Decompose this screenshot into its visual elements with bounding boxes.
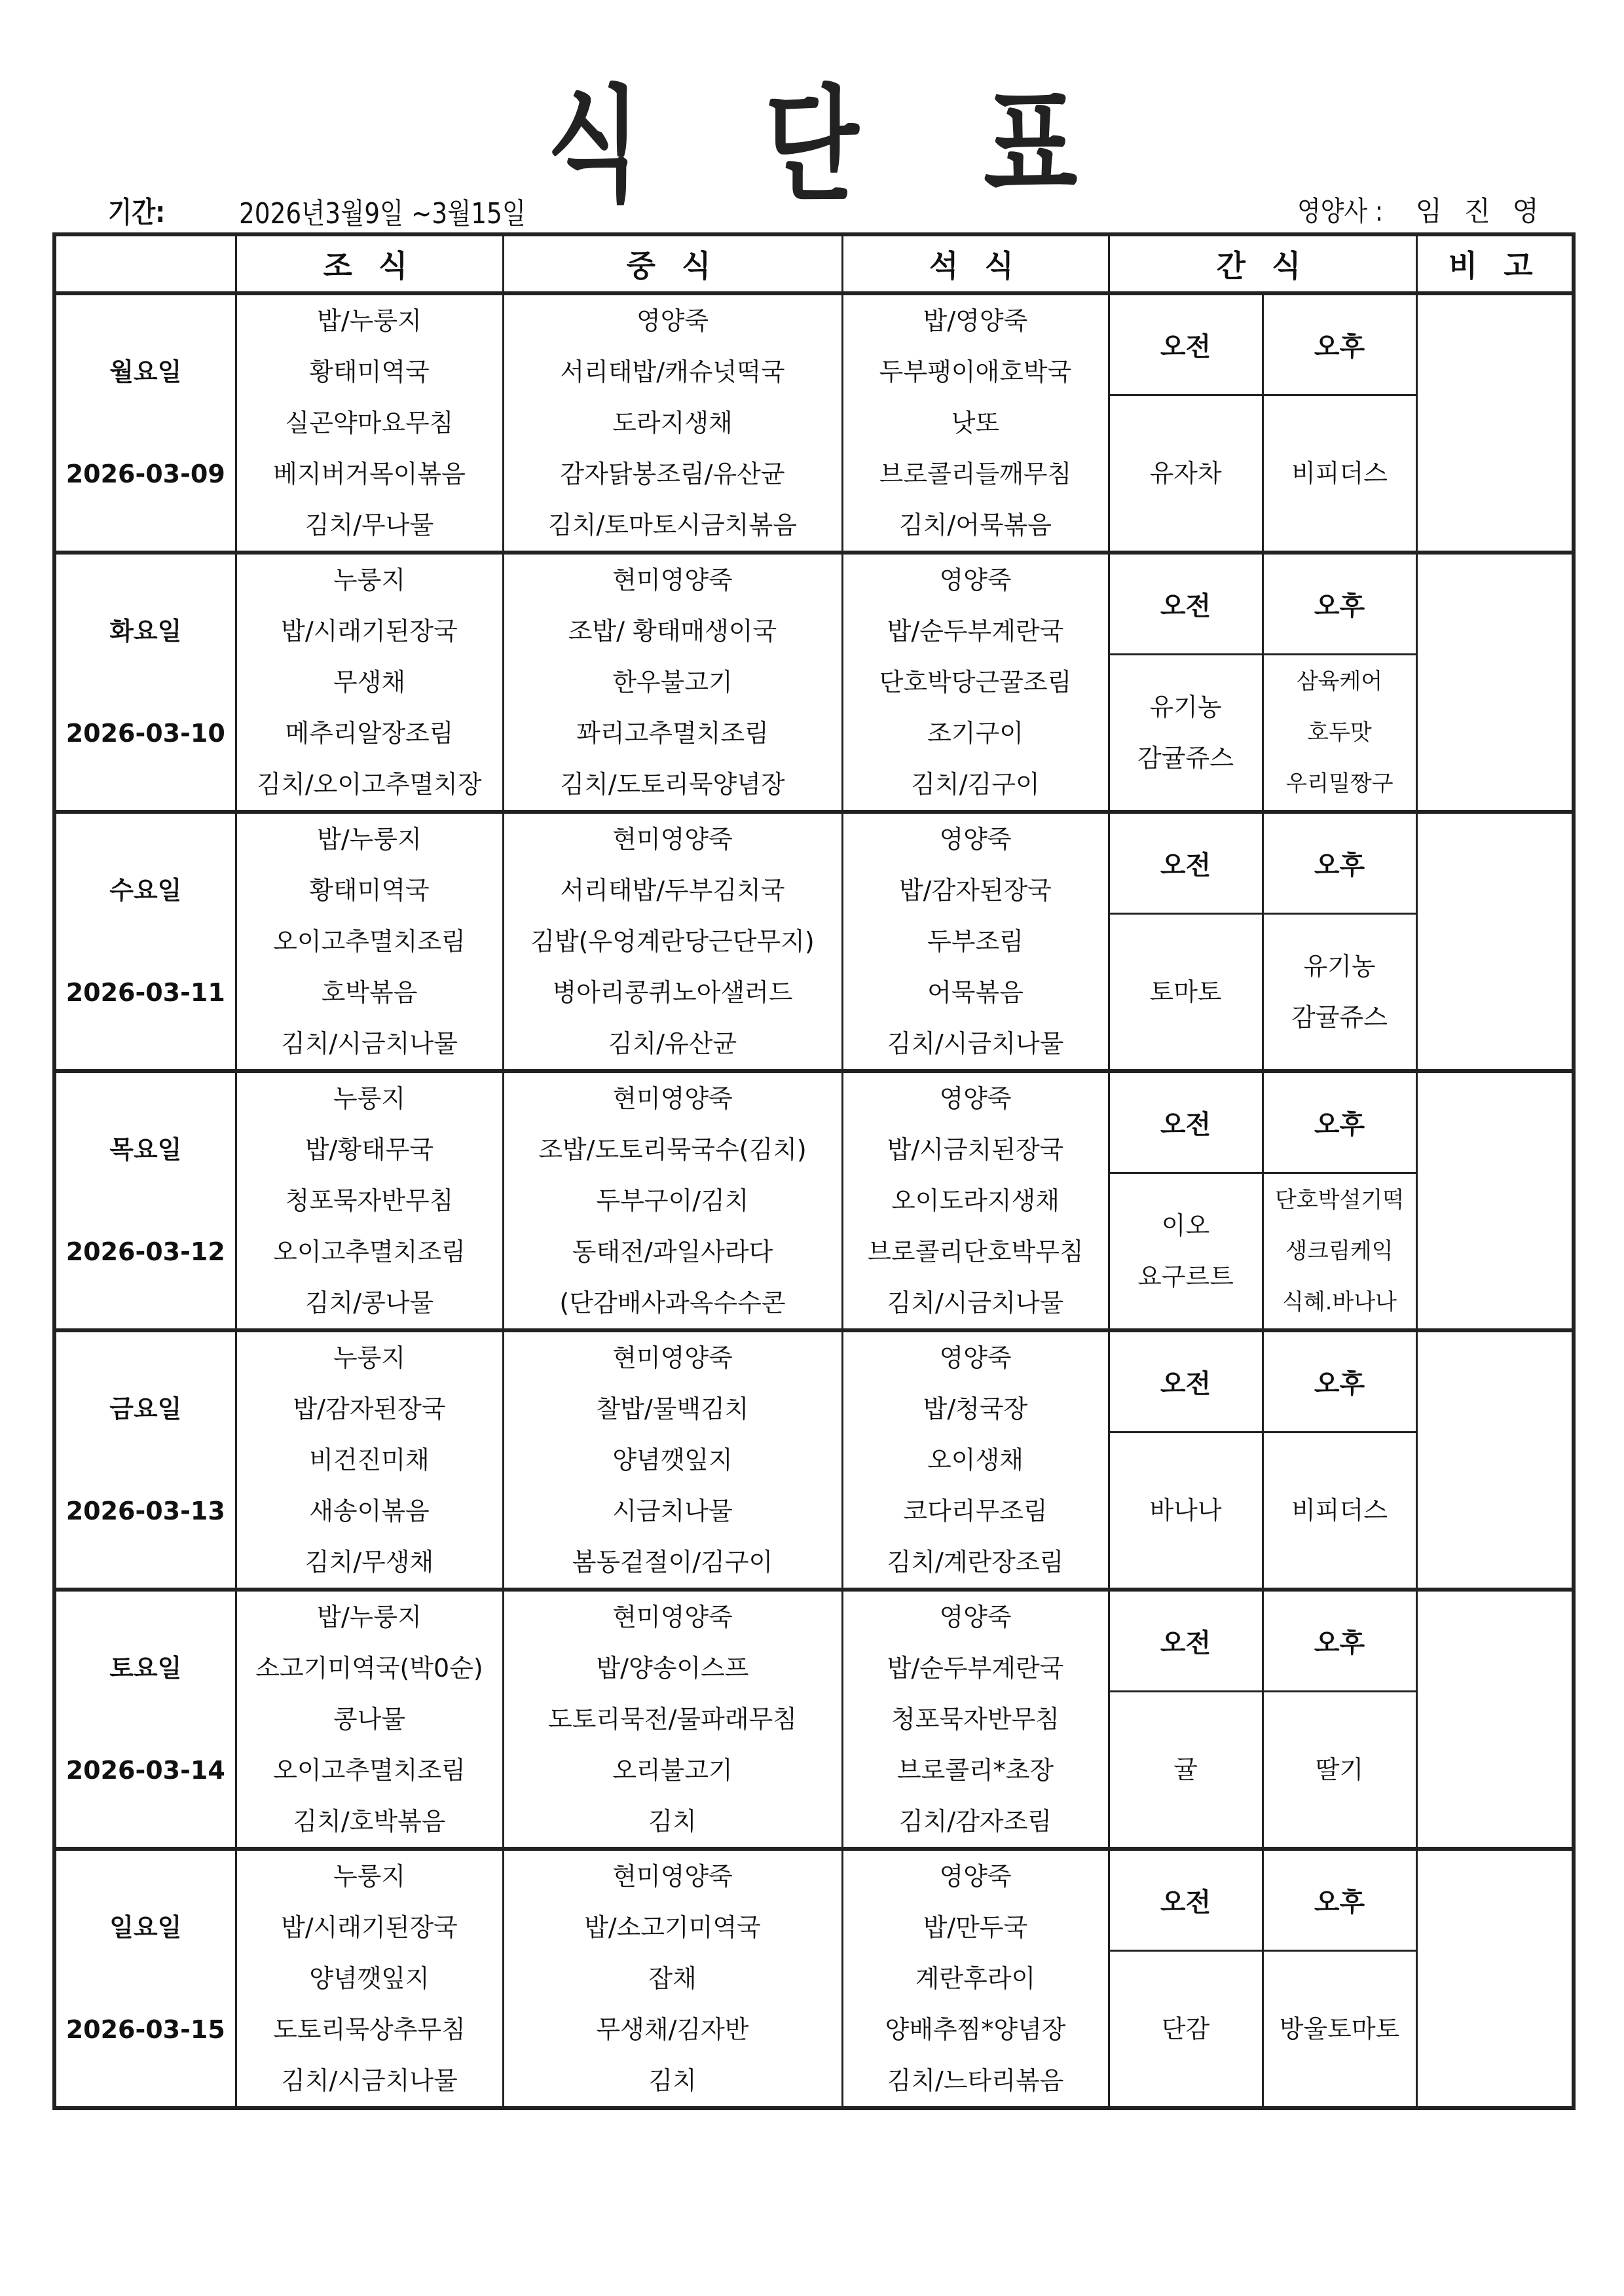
snack-am-cell: 이오요구르트 <box>1109 1173 1263 1330</box>
menu-item: 호두맛 <box>1264 707 1416 758</box>
snack-pm-cell: 단호박설기떡생크림케익식혜.바나나 <box>1263 1173 1416 1330</box>
menu-item: 계란후라이 <box>843 1953 1108 2004</box>
lunch-cell: 현미영양죽밥/양송이스프도토리묵전/물파래무침오리불고기김치 <box>503 1590 842 1849</box>
menu-item: 김치/감자조림 <box>843 1796 1108 1847</box>
menu-item: 봄동겉절이/김구이 <box>504 1537 841 1588</box>
menu-item: (단감배사과옥수수콘 <box>504 1277 841 1328</box>
period-value: 2026년3월9일 ~3월15일 <box>239 190 526 232</box>
menu-item: 청포묵자반무침 <box>237 1175 502 1226</box>
menu-item: 밥/소고기미역국 <box>504 1902 841 1953</box>
header-day <box>54 234 236 293</box>
snack-am-header: 오전 <box>1109 293 1263 395</box>
menu-item: 누룽지 <box>237 1332 502 1383</box>
menu-item: 단호박당근꿀조림 <box>843 657 1108 708</box>
menu-item: 밥/누룽지 <box>237 814 502 865</box>
title-char: 식 <box>547 46 640 225</box>
snack-am-header: 오전 <box>1109 1071 1263 1173</box>
snack-am-cell: 단감 <box>1109 1951 1263 2108</box>
menu-item: 콩나물 <box>237 1694 502 1745</box>
menu-item: 밥/황태무국 <box>237 1124 502 1175</box>
menu-item: 바나나 <box>1110 1485 1262 1536</box>
snack-am-cell: 유자차 <box>1109 395 1263 553</box>
menu-item: 김치/무나물 <box>237 500 502 551</box>
snack-am-cell: 귤 <box>1109 1692 1263 1849</box>
menu-item: 도토리묵상추무침 <box>237 2004 502 2055</box>
menu-item: 김치 <box>504 2055 841 2106</box>
menu-item: 오이고추멸치조림 <box>237 916 502 967</box>
menu-item: 딸기 <box>1264 1744 1416 1795</box>
menu-item: 밥/청국장 <box>843 1383 1108 1434</box>
header-breakfast: 조 식 <box>236 234 503 293</box>
dinner-cell: 영양죽밥/만두국계란후라이양배추찜*양념장김치/느타리볶음 <box>842 1849 1109 2108</box>
menu-item: 식혜.바나나 <box>1264 1277 1416 1328</box>
snack-am-cell: 토마토 <box>1109 914 1263 1071</box>
dinner-cell: 영양죽밥/순두부계란국청포묵자반무침브로콜리*초장김치/감자조림 <box>842 1590 1109 1849</box>
menu-item: 메추리알장조림 <box>237 708 502 759</box>
menu-item: 김치/시금치나물 <box>843 1277 1108 1328</box>
header-lunch: 중 식 <box>503 234 842 293</box>
menu-item: 밥/누룽지 <box>237 1592 502 1643</box>
menu-item: 브로콜리*초장 <box>843 1745 1108 1796</box>
snack-am-cell: 바나나 <box>1109 1432 1263 1590</box>
breakfast-cell: 밥/누룽지황태미역국오이고추멸치조림호박볶음김치/시금치나물 <box>236 812 503 1071</box>
title-char: 단 <box>765 46 858 225</box>
day-cell: 수요일2026-03-11 <box>54 812 236 1071</box>
day-row: 금요일2026-03-13누룽지밥/감자된장국비건진미채새송이볶음김치/무생채현… <box>54 1330 1574 1432</box>
menu-item: 실곤약마요무침 <box>237 397 502 448</box>
menu-item: 현미영양죽 <box>504 555 841 606</box>
menu-item: 김치/어묵볶음 <box>843 500 1108 551</box>
menu-item: 무생채 <box>237 657 502 708</box>
menu-item: 김치/계란장조림 <box>843 1537 1108 1588</box>
day-row: 일요일2026-03-15누룽지밥/시래기된장국양념깻잎지도토리묵상추무침김치/… <box>54 1849 1574 1951</box>
menu-item: 현미영양죽 <box>504 1851 841 1902</box>
day-cell: 목요일2026-03-12 <box>54 1071 236 1330</box>
menu-item: 두부팽이애호박국 <box>843 346 1108 397</box>
day-row: 수요일2026-03-11밥/누룽지황태미역국오이고추멸치조림호박볶음김치/시금… <box>54 812 1574 914</box>
note-cell <box>1416 1330 1574 1590</box>
menu-item: 삼육케어 <box>1264 656 1416 707</box>
day-cell: 일요일2026-03-15 <box>54 1849 236 2108</box>
snack-pm-header: 오후 <box>1263 293 1416 395</box>
lunch-cell: 영양죽서리태밥/캐슈넛떡국도라지생채감자닭봉조림/유산균김치/토마토시금치볶음 <box>503 293 842 553</box>
menu-item: 밥/시래기된장국 <box>237 1902 502 1953</box>
snack-am-header: 오전 <box>1109 553 1263 655</box>
menu-item: 영양죽 <box>843 1073 1108 1124</box>
menu-item: 현미영양죽 <box>504 1332 841 1383</box>
dinner-cell: 영양죽밥/순두부계란국단호박당근꿀조림조기구이김치/김구이 <box>842 553 1109 812</box>
menu-item: 도라지생채 <box>504 397 841 448</box>
menu-item: 영양죽 <box>843 555 1108 606</box>
menu-item: 양념깻잎지 <box>237 1953 502 2004</box>
day-date: 2026-03-12 <box>56 1226 235 1277</box>
menu-item: 조밥/ 황태매생이국 <box>504 606 841 657</box>
menu-item: 김치/느타리볶음 <box>843 2055 1108 2106</box>
menu-item: 호박볶음 <box>237 967 502 1018</box>
snack-am-header: 오전 <box>1109 1849 1263 1951</box>
menu-item: 조기구이 <box>843 708 1108 759</box>
menu-item: 현미영양죽 <box>504 814 841 865</box>
menu-item: 밥/시금치된장국 <box>843 1124 1108 1175</box>
snack-pm-header: 오후 <box>1263 812 1416 914</box>
day-cell: 금요일2026-03-13 <box>54 1330 236 1590</box>
menu-item: 오이생채 <box>843 1434 1108 1485</box>
menu-item: 황태미역국 <box>237 865 502 916</box>
day-name: 일요일 <box>56 1902 235 1953</box>
header-note: 비 고 <box>1416 234 1574 293</box>
meal-plan-table: 조 식 중 식 석 식 간 식 비 고 월요일2026-03-09밥/누룽지황태… <box>52 232 1576 2110</box>
snack-pm-cell: 삼육케어호두맛우리밀짱구 <box>1263 655 1416 812</box>
menu-item: 조밥/도토리묵국수(김치) <box>504 1124 841 1175</box>
menu-item: 누룽지 <box>237 1851 502 1902</box>
menu-item: 현미영양죽 <box>504 1073 841 1124</box>
menu-item: 영양죽 <box>843 1592 1108 1643</box>
menu-item: 밥/양송이스프 <box>504 1643 841 1694</box>
menu-item: 찰밥/물백김치 <box>504 1383 841 1434</box>
note-cell <box>1416 1849 1574 2108</box>
snack-pm-cell: 유기농감귤쥬스 <box>1263 914 1416 1071</box>
header-dinner: 석 식 <box>842 234 1109 293</box>
breakfast-cell: 누룽지밥/감자된장국비건진미채새송이볶음김치/무생채 <box>236 1330 503 1590</box>
menu-item: 김치/시금치나물 <box>237 1018 502 1069</box>
menu-item: 무생채/김자반 <box>504 2004 841 2055</box>
menu-item: 김치/유산균 <box>504 1018 841 1069</box>
snack-pm-header: 오후 <box>1263 1590 1416 1692</box>
menu-item: 김치/김구이 <box>843 759 1108 810</box>
day-cell: 토요일2026-03-14 <box>54 1590 236 1849</box>
day-name: 토요일 <box>56 1643 235 1694</box>
menu-item: 밥/감자된장국 <box>237 1383 502 1434</box>
menu-item: 방울토마토 <box>1264 2003 1416 2054</box>
snack-pm-cell: 딸기 <box>1263 1692 1416 1849</box>
lunch-cell: 현미영양죽조밥/ 황태매생이국한우불고기꽈리고추멸치조림김치/도토리묵양념장 <box>503 553 842 812</box>
menu-item: 새송이볶음 <box>237 1485 502 1537</box>
menu-item: 김치/호박볶음 <box>237 1796 502 1847</box>
menu-item: 감귤쥬스 <box>1264 992 1416 1043</box>
day-cell: 월요일2026-03-09 <box>54 293 236 553</box>
title-char: 표 <box>984 46 1077 225</box>
menu-item: 오이고추멸치조림 <box>237 1226 502 1277</box>
menu-item: 비건진미채 <box>237 1434 502 1485</box>
menu-item: 오이도라지생채 <box>843 1175 1108 1226</box>
menu-item: 황태미역국 <box>237 346 502 397</box>
menu-item: 두부구이/김치 <box>504 1175 841 1226</box>
menu-item: 누룽지 <box>237 555 502 606</box>
day-date: 2026-03-11 <box>56 967 235 1018</box>
snack-am-header: 오전 <box>1109 812 1263 914</box>
menu-item: 밥/감자된장국 <box>843 865 1108 916</box>
menu-item: 비피더스 <box>1264 448 1416 499</box>
menu-item: 김치/도토리묵양념장 <box>504 759 841 810</box>
menu-item: 브로콜리들깨무침 <box>843 448 1108 500</box>
day-date: 2026-03-14 <box>56 1745 235 1796</box>
day-cell: 화요일2026-03-10 <box>54 553 236 812</box>
note-cell <box>1416 1590 1574 1849</box>
breakfast-cell: 누룽지밥/시래기된장국양념깻잎지도토리묵상추무침김치/시금치나물 <box>236 1849 503 2108</box>
menu-item: 김치 <box>504 1796 841 1847</box>
period-label: 기간: <box>108 189 165 230</box>
menu-item: 브로콜리단호박무침 <box>843 1226 1108 1277</box>
menu-item: 소고기미역국(박0순) <box>237 1643 502 1694</box>
menu-item: 서리태밥/캐슈넛떡국 <box>504 346 841 397</box>
menu-item: 요구르트 <box>1110 1251 1262 1302</box>
note-cell <box>1416 812 1574 1071</box>
menu-item: 병아리콩퀴노아샐러드 <box>504 967 841 1018</box>
lunch-cell: 현미영양죽찰밥/물백김치양념깻잎지시금치나물봄동겉절이/김구이 <box>503 1330 842 1590</box>
day-name: 수요일 <box>56 865 235 916</box>
menu-item: 김치/시금치나물 <box>237 2055 502 2106</box>
menu-item: 영양죽 <box>843 814 1108 865</box>
breakfast-cell: 누룽지밥/황태무국청포묵자반무침오이고추멸치조림김치/콩나물 <box>236 1071 503 1330</box>
snack-pm-cell: 방울토마토 <box>1263 1951 1416 2108</box>
day-name: 월요일 <box>56 346 235 397</box>
menu-item: 오이고추멸치조림 <box>237 1745 502 1796</box>
menu-item: 밥/순두부계란국 <box>843 1643 1108 1694</box>
menu-item: 영양죽 <box>843 1332 1108 1383</box>
note-cell <box>1416 553 1574 812</box>
day-date: 2026-03-13 <box>56 1485 235 1537</box>
header-snack: 간 식 <box>1109 234 1416 293</box>
menu-item: 두부조림 <box>843 916 1108 967</box>
menu-item: 감귤쥬스 <box>1110 733 1262 784</box>
note-cell <box>1416 293 1574 553</box>
lunch-cell: 현미영양죽조밥/도토리묵국수(김치)두부구이/김치동태전/과일사라다(단감배사과… <box>503 1071 842 1330</box>
menu-item: 서리태밥/두부김치국 <box>504 865 841 916</box>
menu-item: 어묵볶음 <box>843 967 1108 1018</box>
menu-item: 한우불고기 <box>504 657 841 708</box>
menu-item: 유기농 <box>1264 941 1416 992</box>
menu-item: 양배추찜*양념장 <box>843 2004 1108 2055</box>
snack-pm-header: 오후 <box>1263 553 1416 655</box>
snack-pm-header: 오후 <box>1263 1330 1416 1432</box>
menu-item: 영양죽 <box>504 295 841 346</box>
snack-am-header: 오전 <box>1109 1590 1263 1692</box>
menu-item: 유자차 <box>1110 448 1262 499</box>
menu-item: 영양죽 <box>843 1851 1108 1902</box>
breakfast-cell: 누룽지밥/시래기된장국무생채메추리알장조림김치/오이고추멸치장 <box>236 553 503 812</box>
menu-item: 현미영양죽 <box>504 1592 841 1643</box>
menu-item: 김치/무생채 <box>237 1537 502 1588</box>
menu-item: 밥/만두국 <box>843 1902 1108 1953</box>
menu-item: 귤 <box>1110 1744 1262 1795</box>
menu-item: 김치/시금치나물 <box>843 1018 1108 1069</box>
day-name: 목요일 <box>56 1124 235 1175</box>
lunch-cell: 현미영양죽밥/소고기미역국잡채무생채/김자반김치 <box>503 1849 842 2108</box>
dietitian-name: 임 진 영 <box>1416 190 1545 229</box>
menu-item: 잡채 <box>504 1953 841 2004</box>
menu-item: 감자닭봉조림/유산균 <box>504 448 841 500</box>
menu-item: 김치/토마토시금치볶음 <box>504 500 841 551</box>
snack-pm-header: 오후 <box>1263 1849 1416 1951</box>
menu-item: 오리불고기 <box>504 1745 841 1796</box>
menu-item: 이오 <box>1110 1200 1262 1251</box>
menu-item: 유기농 <box>1110 682 1262 733</box>
breakfast-cell: 밥/누룽지황태미역국실곤약마요무침베지버거목이볶음김치/무나물 <box>236 293 503 553</box>
day-row: 토요일2026-03-14밥/누룽지소고기미역국(박0순)콩나물오이고추멸치조림… <box>54 1590 1574 1692</box>
menu-item: 우리밀짱구 <box>1264 758 1416 809</box>
dietitian-label: 영양사 : <box>1297 190 1383 229</box>
dinner-cell: 영양죽밥/감자된장국두부조림어묵볶음김치/시금치나물 <box>842 812 1109 1071</box>
day-name: 금요일 <box>56 1383 235 1434</box>
snack-pm-cell: 비피더스 <box>1263 1432 1416 1590</box>
menu-item: 낫또 <box>843 397 1108 448</box>
menu-item: 밥/누룽지 <box>237 295 502 346</box>
menu-item: 밥/시래기된장국 <box>237 606 502 657</box>
note-cell <box>1416 1071 1574 1330</box>
menu-item: 김밥(우엉계란당근단무지) <box>504 916 841 967</box>
menu-item: 누룽지 <box>237 1073 502 1124</box>
menu-item: 김치/오이고추멸치장 <box>237 759 502 810</box>
menu-item: 밥/영양죽 <box>843 295 1108 346</box>
menu-item: 코다리무조림 <box>843 1485 1108 1537</box>
menu-item: 비피더스 <box>1264 1485 1416 1536</box>
menu-item: 꽈리고추멸치조림 <box>504 708 841 759</box>
day-row: 목요일2026-03-12누룽지밥/황태무국청포묵자반무침오이고추멸치조림김치/… <box>54 1071 1574 1173</box>
day-date: 2026-03-15 <box>56 2004 235 2055</box>
breakfast-cell: 밥/누룽지소고기미역국(박0순)콩나물오이고추멸치조림김치/호박볶음 <box>236 1590 503 1849</box>
day-row: 화요일2026-03-10누룽지밥/시래기된장국무생채메추리알장조림김치/오이고… <box>54 553 1574 655</box>
table-body: 월요일2026-03-09밥/누룽지황태미역국실곤약마요무침베지버거목이볶음김치… <box>54 293 1574 2108</box>
day-name: 화요일 <box>56 606 235 657</box>
day-date: 2026-03-09 <box>56 448 235 500</box>
menu-item: 김치/콩나물 <box>237 1277 502 1328</box>
menu-item: 단감 <box>1110 2003 1262 2054</box>
header-row: 조 식 중 식 석 식 간 식 비 고 <box>54 234 1574 293</box>
menu-item: 토마토 <box>1110 966 1262 1017</box>
menu-item: 단호박설기떡 <box>1264 1175 1416 1226</box>
menu-item: 베지버거목이볶음 <box>237 448 502 500</box>
day-date: 2026-03-10 <box>56 708 235 759</box>
snack-pm-header: 오후 <box>1263 1071 1416 1173</box>
snack-am-header: 오전 <box>1109 1330 1263 1432</box>
dinner-cell: 영양죽밥/청국장오이생채코다리무조림김치/계란장조림 <box>842 1330 1109 1590</box>
menu-item: 밥/순두부계란국 <box>843 606 1108 657</box>
menu-item: 시금치나물 <box>504 1485 841 1537</box>
dietitian: 영양사 : 임 진 영 <box>1291 190 1545 229</box>
menu-item: 양념깻잎지 <box>504 1434 841 1485</box>
menu-item: 청포묵자반무침 <box>843 1694 1108 1745</box>
day-row: 월요일2026-03-09밥/누룽지황태미역국실곤약마요무침베지버거목이볶음김치… <box>54 293 1574 395</box>
dinner-cell: 밥/영양죽두부팽이애호박국낫또브로콜리들깨무침김치/어묵볶음 <box>842 293 1109 553</box>
snack-am-cell: 유기농감귤쥬스 <box>1109 655 1263 812</box>
snack-pm-cell: 비피더스 <box>1263 395 1416 553</box>
menu-item: 생크림케익 <box>1264 1226 1416 1277</box>
lunch-cell: 현미영양죽서리태밥/두부김치국김밥(우엉계란당근단무지)병아리콩퀴노아샐러드김치… <box>503 812 842 1071</box>
dinner-cell: 영양죽밥/시금치된장국오이도라지생채브로콜리단호박무침김치/시금치나물 <box>842 1071 1109 1330</box>
menu-item: 동태전/과일사라다 <box>504 1226 841 1277</box>
menu-item: 도토리묵전/물파래무침 <box>504 1694 841 1745</box>
